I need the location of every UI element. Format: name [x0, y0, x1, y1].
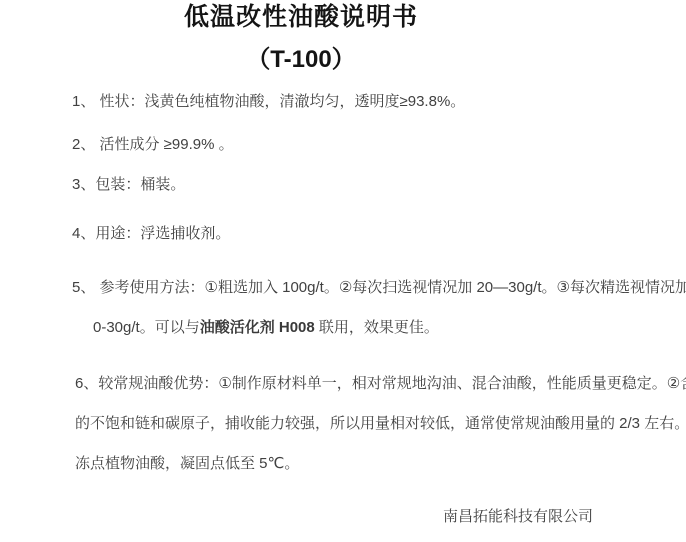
item-6-advantages-line-3: 冻点植物油酸，凝固点低至 5℃。: [75, 454, 299, 474]
item-3-packaging: 3、包装：桶装。: [72, 175, 185, 195]
item-5-line-2-suffix: 联用，效果更佳。: [315, 319, 439, 336]
item-6-advantages-line-1: 6、较常规油酸优势：①制作原材料单一，相对常规地沟油、混合油酸，性能质量更稳定。…: [75, 374, 686, 394]
item-2-active-content: 2、 活性成分 ≥99.9% 。: [72, 135, 234, 155]
document-title: 低温改性油酸说明书: [0, 2, 602, 32]
document-subtitle: （T-100）: [0, 45, 602, 75]
document-page: 低温改性油酸说明书 （T-100） 1、 性状：浅黄色纯植物油酸，清澈均匀，透明…: [0, 0, 686, 542]
item-5-usage-method-line-1: 5、 参考使用方法：①粗选加入 100g/t。②每次扫选视情况加 20—30g/…: [72, 278, 686, 298]
item-5-line-2-activator-name: 油酸活化剂 H008: [200, 319, 315, 336]
item-1-properties: 1、 性状：浅黄色纯植物油酸，清澈均匀，透明度≥93.8%。: [72, 92, 465, 112]
item-5-usage-method-line-2: 0-30g/t。可以与油酸活化剂 H008 联用，效果更佳。: [93, 318, 439, 338]
item-5-line-2-prefix: 0-30g/t。可以与: [93, 319, 200, 336]
item-6-advantages-line-2: 的不饱和链和碳原子，捕收能力较强，所以用量相对较低，通常使常规油酸用量的 2/3…: [75, 414, 686, 434]
company-name: 南昌拓能科技有限公司: [443, 507, 593, 527]
item-4-usage: 4、用途：浮选捕收剂。: [72, 224, 230, 244]
